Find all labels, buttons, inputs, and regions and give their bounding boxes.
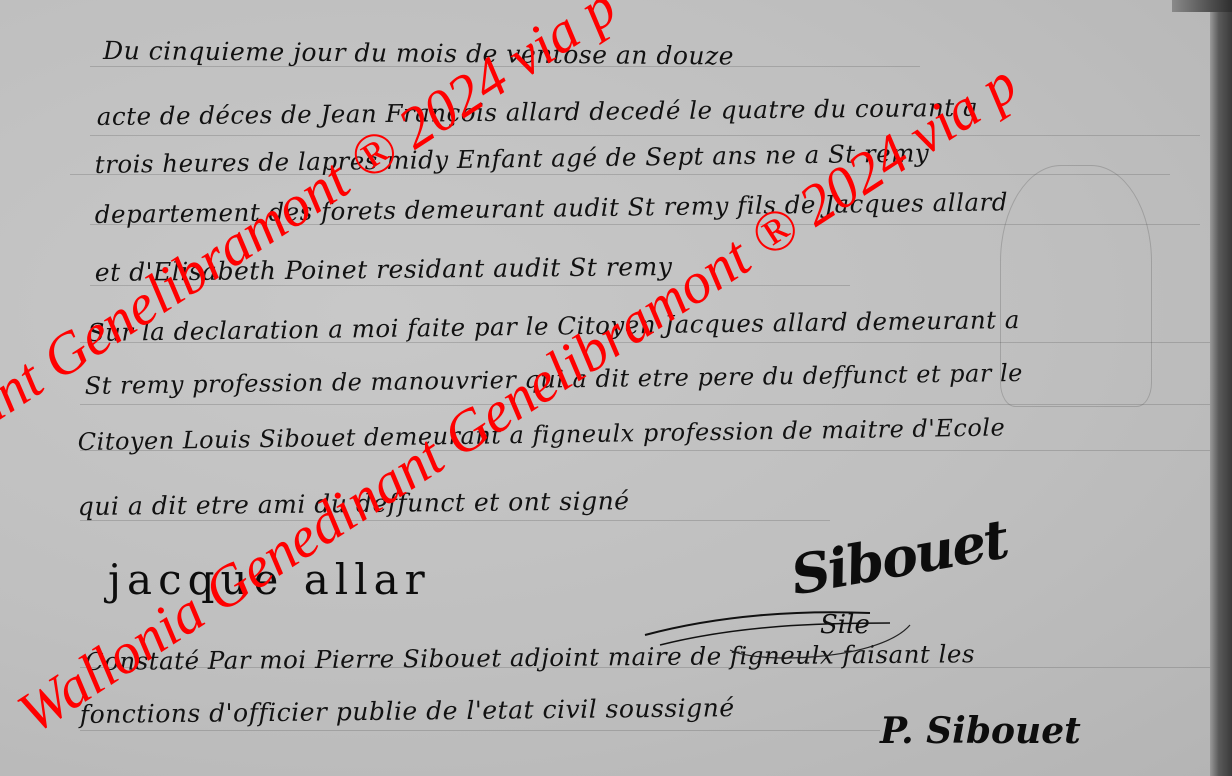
- record-line-1: Du cinquieme jour du mois de ventose an …: [103, 36, 734, 71]
- record-line-11: fonctions d'officier publie de l'etat ci…: [80, 693, 735, 729]
- signature-officer: P. Sibouet: [880, 710, 1081, 752]
- document-scan: Du cinquieme jour du mois de ventose an …: [0, 0, 1232, 776]
- ruled-line: [80, 730, 880, 731]
- ruled-line: [90, 135, 1200, 136]
- page-binding-edge: [1210, 0, 1232, 776]
- page-corner-shadow: [1172, 0, 1232, 12]
- ruled-line: [80, 520, 830, 521]
- record-line-2: acte de déces de Jean François allard de…: [97, 93, 979, 131]
- signature-witness: Sibouet: [786, 507, 1012, 608]
- signature-flourish: [640, 605, 940, 665]
